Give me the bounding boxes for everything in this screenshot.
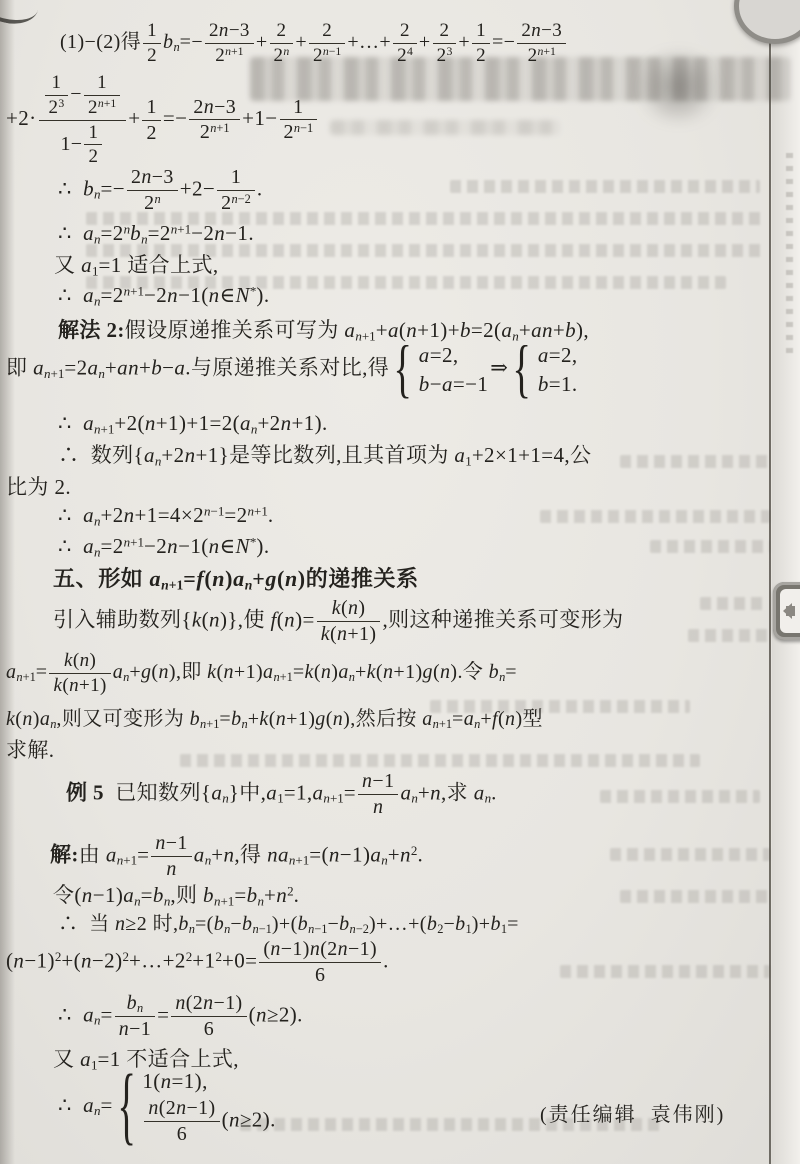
eq-bn-sum: (1)−(2)得12bn=−2n−32n+1+22n+22n−1+…+224+2…: [60, 20, 568, 67]
example-5: 例 5 已知数列{an}中,a1=1,an+1=n−1nan+n,求 an.: [66, 770, 497, 819]
bleed-through-line: [620, 455, 770, 468]
bleed-through-line: [600, 790, 760, 803]
eq-geometric-term: ∴ an+2n+1=4×2n−1=2n+1.: [58, 502, 274, 530]
aux-sequence-intro: 引入辅助数列{k(n)},使 f(n)=k(n)k(n+1),则这种递推关系可变…: [53, 597, 624, 646]
eq-recurrence-shift: ∴ an+1+2(n+1)+1=2(an+2n+1).: [58, 410, 328, 438]
bleed-through-line: [450, 180, 760, 193]
scanned-textbook-page: (1)−(2)得12bn=−2n−32n+1+22n+22n−1+…+224+2…: [0, 0, 800, 1164]
eq-an-from-bn: ∴ an=2nbn=2n+1−2n−1.: [58, 220, 254, 248]
editor-credit: (责任编辑 袁伟刚): [540, 1098, 725, 1127]
eq-transform-2: k(n)an,则又可变形为 bn+1=bn+k(n+1)g(n),然后按 an+…: [6, 707, 543, 733]
page-tab[interactable]: [773, 582, 800, 640]
eq-telescoping: ∴ 当 n≥2 时,bn=(bn−bn−1)+(bn−1−bn−2)+…+(b2…: [58, 912, 519, 938]
arrow-left-icon-bar: [786, 606, 795, 616]
bleed-through-line: [700, 597, 766, 610]
bleed-through-margin-marks: [786, 148, 793, 353]
bleed-through-line: [620, 890, 770, 903]
ink-smudge: [632, 52, 724, 122]
page-curl: [734, 0, 800, 44]
bleed-through-line: [560, 965, 770, 978]
bleed-through-line: [540, 510, 770, 523]
eq-an-final-2: ∴ an=2n+1−2n−1(n∈N*).: [58, 533, 269, 561]
bleed-through-line: [610, 848, 770, 861]
eq-transform-1: an+1=k(n)k(n+1)an+g(n),即 k(n+1)an+1=k(n)…: [6, 650, 517, 697]
eq-an-piecewise: ∴ an={1(n=1),n(2n−1)6(n≥2).: [58, 1068, 278, 1146]
page-border-line: [769, 26, 771, 1164]
solution-2-start: 解法 2:假设原递推关系可写为 an+1+a(n+1)+b=2(an+an+b)…: [58, 317, 589, 345]
solution-start: 解:由 an+1=n−1nan+n,得 nan+1=(n−1)an+n2.: [50, 832, 423, 881]
eq-system-compare: 即 an+1=2an+an+b−a.与原递推关系对比,得{a=2,b−a=−1⇒…: [6, 342, 580, 398]
eq-bn-sum-continued: +2·123−12n+11−12+12=−2n−32n+1+1−12n−1: [6, 72, 319, 168]
bleed-through-subtitle: [330, 120, 560, 135]
eq-bn-result: ∴ bn=−2n−32n+2−12n−2.: [58, 166, 263, 215]
eq-an-n-ge-2: ∴ an=bnn−1=n(2n−1)6(n≥2).: [58, 992, 303, 1041]
geometric-seq-note: ∴ 数列{an+2n+1}是等比数列,且其首项为 a1+2×1+1=4,公: [58, 442, 591, 470]
bleed-through-line: [688, 629, 770, 642]
ratio-note: 比为 2.: [6, 474, 71, 500]
bleed-through-line: [180, 754, 700, 767]
eq-substitution: 令(n−1)an=bn,则 bn+1=bn+n2.: [53, 882, 299, 910]
eq-sum-of-squares: (n−1)2+(n−2)2+…+22+12+0=(n−1)n(2n−1)6.: [6, 938, 389, 987]
binding-shadow: [0, 0, 15, 1164]
section-5-heading: 五、形如 an+1=f(n)an+g(n)的递推关系: [53, 565, 419, 593]
bleed-through-line: [650, 540, 770, 553]
eq-an-final-1: ∴ an=2n+1−2n−1(n∈N*).: [58, 282, 269, 310]
check-a1: 又 a1=1 适合上式,: [54, 252, 219, 280]
